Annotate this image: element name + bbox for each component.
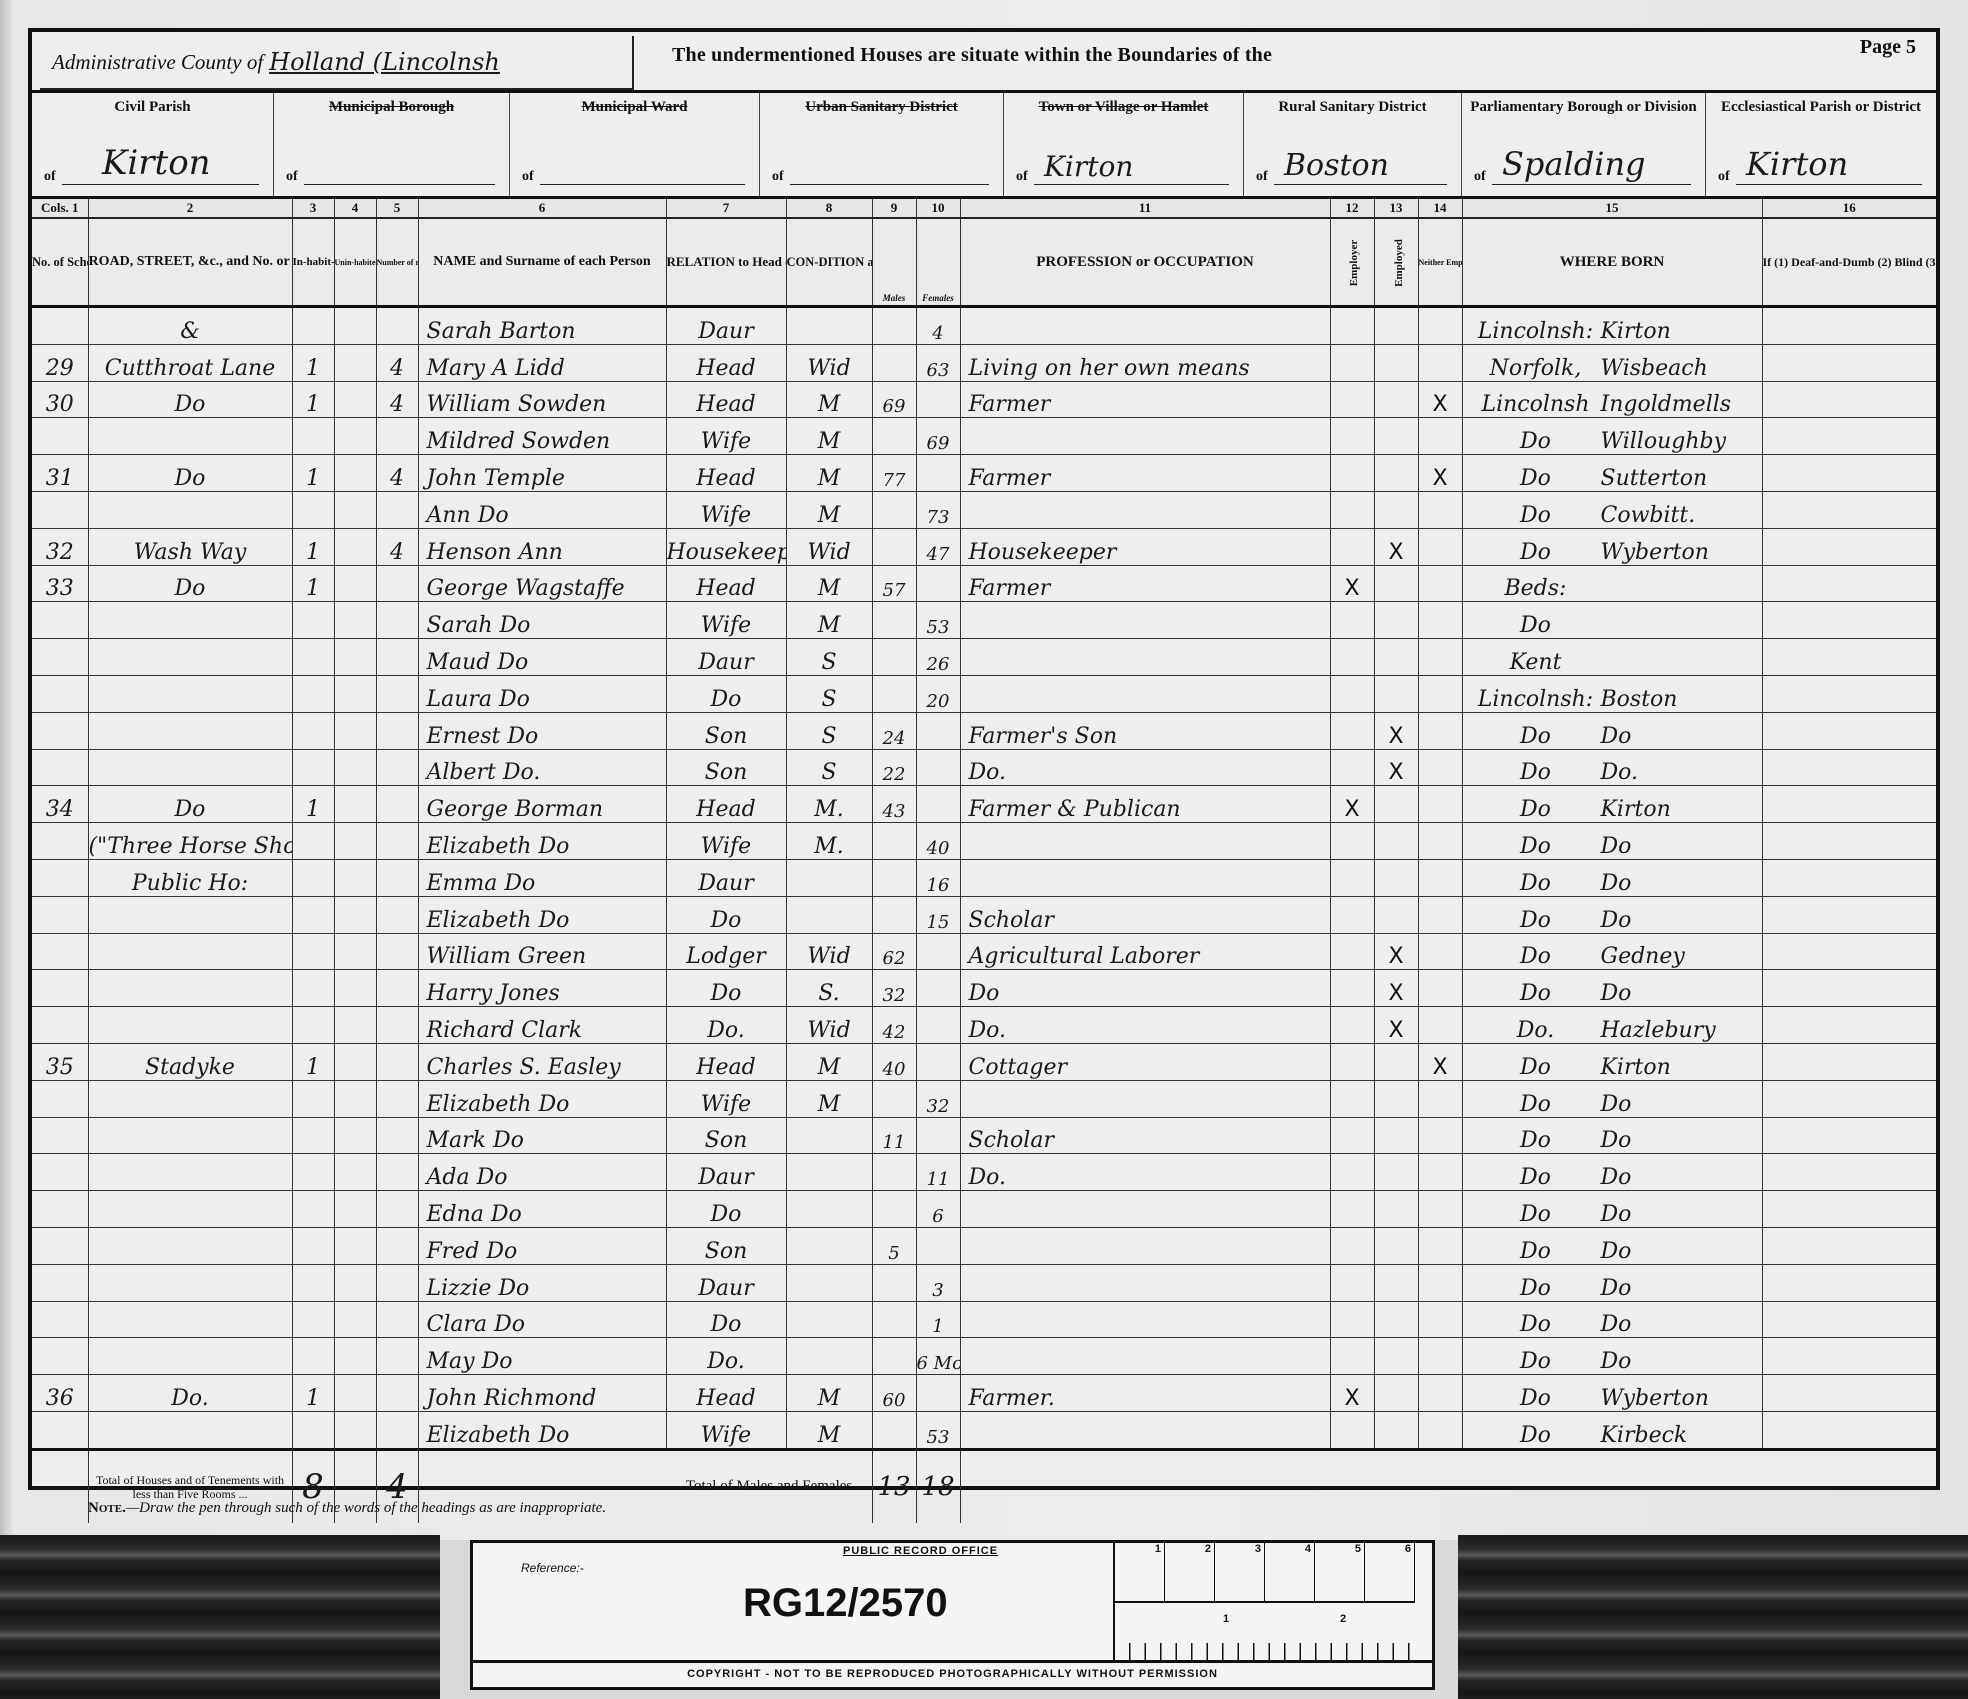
rooms-cell: [376, 1043, 418, 1080]
relation-cell: Son: [666, 1227, 786, 1264]
table-row: Albert Do.SonS22Do.XDoDo.: [32, 749, 1936, 786]
rooms-cell: [376, 933, 418, 970]
header-schedule: No. of Schedule: [32, 218, 88, 307]
reference-code: RG12/2570: [743, 1581, 948, 1626]
scale-ruler: 1 2 3 4 5 6 1 2: [1113, 1543, 1415, 1663]
ruler-tick: 3: [1215, 1543, 1265, 1601]
born-place: Gedney: [1601, 944, 1685, 969]
female-age-cell: 53: [916, 1411, 960, 1449]
employer-cell: X: [1330, 786, 1374, 823]
schedule-cell: [32, 1154, 88, 1191]
employed-cell: [1374, 381, 1418, 418]
name-cell: William Green: [418, 933, 666, 970]
where-born-cell: Lincolnsh:Boston: [1462, 675, 1762, 712]
occupation-cell: Living on her own means: [960, 344, 1330, 381]
rooms-cell: [376, 565, 418, 602]
where-born-cell: DoDo: [1462, 896, 1762, 933]
col-number: 7: [666, 199, 786, 218]
occupation-cell: [960, 1264, 1330, 1301]
rooms-cell: [376, 675, 418, 712]
district-municipal-ward: Municipal Ward of: [510, 93, 760, 199]
road-cell: Wash Way: [88, 528, 292, 565]
male-age-cell: 24: [872, 712, 916, 749]
neither-cell: [1418, 1117, 1462, 1154]
header-condition: CON-DITION as to Marriage: [786, 218, 872, 307]
born-county: Norfolk,: [1471, 356, 1601, 381]
female-age-cell: [916, 1117, 960, 1154]
male-age-cell: 40: [872, 1043, 916, 1080]
employer-cell: [1330, 1191, 1374, 1228]
inhabited-cell: 1: [292, 344, 334, 381]
employed-cell: [1374, 602, 1418, 639]
employer-cell: [1330, 1411, 1374, 1449]
relation-cell: Son: [666, 1117, 786, 1154]
born-place: Do: [1601, 981, 1632, 1006]
uninhabited-cell: [334, 344, 376, 381]
female-age-cell: 26: [916, 639, 960, 676]
header-inhabited: In-habit-ed: [292, 218, 334, 307]
employer-cell: [1330, 455, 1374, 492]
name-cell: Elizabeth Do: [418, 1411, 666, 1449]
uninhabited-cell: [334, 1301, 376, 1338]
census-table: Cols. 1 2 3 4 5 6 7 8 9 10 11 12 13 14: [32, 196, 1936, 1523]
born-place: Do: [1601, 1312, 1632, 1337]
header-neither: Neither Employer nor Employed: [1418, 218, 1462, 307]
occupation-cell: Do.: [960, 1007, 1330, 1044]
employer-cell: [1330, 823, 1374, 860]
inhabited-cell: [292, 970, 334, 1007]
infirmity-cell: [1762, 455, 1936, 492]
fill-line: [304, 184, 495, 185]
table-row: Maud DoDaurS26Kent: [32, 639, 1936, 676]
district-label: Municipal Ward: [510, 99, 759, 115]
infirmity-cell: [1762, 1117, 1936, 1154]
occupation-cell: Cottager: [960, 1043, 1330, 1080]
male-age-cell: 60: [872, 1375, 916, 1412]
road-cell: [88, 933, 292, 970]
born-place: Willoughby: [1601, 429, 1727, 454]
rooms-cell: [376, 1375, 418, 1412]
header-occupation: PROFESSION or OCCUPATION: [960, 218, 1330, 307]
schedule-cell: [32, 1191, 88, 1228]
infirmity-cell: [1762, 933, 1936, 970]
district-label: Town or Village or Hamlet: [1004, 99, 1243, 115]
female-age-cell: [916, 970, 960, 1007]
schedule-cell: [32, 712, 88, 749]
totals-filler: [960, 1449, 1936, 1523]
employer-cell: [1330, 1043, 1374, 1080]
name-cell: Elizabeth Do: [418, 1080, 666, 1117]
born-county: Do: [1471, 1312, 1601, 1337]
condition-cell: [786, 1227, 872, 1264]
employed-cell: [1374, 1080, 1418, 1117]
where-born-cell: DoDo: [1462, 1301, 1762, 1338]
where-born-cell: DoDo: [1462, 1117, 1762, 1154]
male-age-cell: 32: [872, 970, 916, 1007]
road-cell: [88, 1338, 292, 1375]
infirmity-cell: [1762, 1191, 1936, 1228]
rooms-cell: [376, 418, 418, 455]
road-cell: [88, 712, 292, 749]
occupation-cell: [960, 602, 1330, 639]
road-cell: [88, 896, 292, 933]
born-county: Lincolnsh: [1471, 392, 1601, 417]
name-cell: Elizabeth Do: [418, 896, 666, 933]
name-cell: Ada Do: [418, 1154, 666, 1191]
table-row: Richard ClarkDo.Wid42Do.XDo.Hazlebury: [32, 1007, 1936, 1044]
where-born-cell: DoWyberton: [1462, 528, 1762, 565]
born-place: Cowbitt.: [1601, 503, 1696, 528]
name-cell: Lizzie Do: [418, 1264, 666, 1301]
condition-cell: [786, 1154, 872, 1191]
col-number: 2: [88, 199, 292, 218]
of-label: of: [772, 169, 784, 185]
infirmity-cell: [1762, 786, 1936, 823]
name-cell: Emma Do: [418, 859, 666, 896]
table-row: 29Cutthroat Lane14Mary A LiddHeadWid63Li…: [32, 344, 1936, 381]
road-cell: [88, 1264, 292, 1301]
female-age-cell: [916, 933, 960, 970]
schedule-cell: [32, 1301, 88, 1338]
rooms-cell: [376, 307, 418, 345]
condition-cell: Wid: [786, 528, 872, 565]
neither-cell: [1418, 933, 1462, 970]
name-cell: Maud Do: [418, 639, 666, 676]
col-number: 9: [872, 199, 916, 218]
uninhabited-cell: [334, 1007, 376, 1044]
female-age-cell: 69: [916, 418, 960, 455]
neither-cell: [1418, 675, 1462, 712]
condition-cell: [786, 896, 872, 933]
where-born-cell: DoDo: [1462, 1264, 1762, 1301]
inhabited-cell: [292, 1117, 334, 1154]
neither-cell: X: [1418, 455, 1462, 492]
uninhabited-cell: [334, 1411, 376, 1449]
male-age-cell: 11: [872, 1117, 916, 1154]
relation-cell: Wife: [666, 491, 786, 528]
employer-cell: [1330, 381, 1374, 418]
road-cell: [88, 491, 292, 528]
rooms-cell: [376, 1338, 418, 1375]
name-cell: Elizabeth Do: [418, 823, 666, 860]
rooms-cell: [376, 896, 418, 933]
male-age-cell: [872, 1338, 916, 1375]
condition-cell: M: [786, 1411, 872, 1449]
infirmity-cell: [1762, 823, 1936, 860]
employer-cell: [1330, 1227, 1374, 1264]
occupation-cell: Agricultural Laborer: [960, 933, 1330, 970]
schedule-cell: [32, 418, 88, 455]
male-age-cell: [872, 859, 916, 896]
ruler-tick: 2: [1165, 1543, 1215, 1601]
uninhabited-cell: [334, 455, 376, 492]
infirmity-cell: [1762, 749, 1936, 786]
male-age-cell: [872, 1080, 916, 1117]
name-cell: Edna Do: [418, 1191, 666, 1228]
infirmity-cell: [1762, 712, 1936, 749]
rooms-cell: 4: [376, 455, 418, 492]
occupation-cell: Farmer: [960, 455, 1330, 492]
occupation-cell: Farmer & Publican: [960, 786, 1330, 823]
neither-cell: [1418, 1375, 1462, 1412]
table-row: Elizabeth DoWifeM53DoKirbeck: [32, 1411, 1936, 1449]
col-number: 8: [786, 199, 872, 218]
road-cell: [88, 749, 292, 786]
uninhabited-cell: [334, 823, 376, 860]
where-born-cell: DoDo: [1462, 1227, 1762, 1264]
male-age-cell: [872, 675, 916, 712]
born-county: Beds:: [1471, 576, 1601, 601]
uninhabited-cell: [334, 749, 376, 786]
born-county: Do: [1471, 613, 1601, 638]
inhabited-cell: [292, 896, 334, 933]
born-place: Do: [1601, 1239, 1632, 1264]
infirmity-cell: [1762, 1264, 1936, 1301]
relation-cell: Daur: [666, 639, 786, 676]
district-parliamentary: Parliamentary Borough or Division of Spa…: [1462, 93, 1706, 199]
district-value: Boston: [1284, 148, 1389, 183]
relation-cell: Do: [666, 970, 786, 1007]
employed-cell: X: [1374, 749, 1418, 786]
born-place: Kirton: [1601, 319, 1671, 344]
born-place: Ingoldmells: [1601, 392, 1732, 417]
district-town-village: Town or Village or Hamlet of Kirton: [1004, 93, 1244, 199]
where-born-cell: Lincolnsh:Kirton: [1462, 307, 1762, 345]
uninhabited-cell: [334, 1154, 376, 1191]
footnote: Note.—Draw the pen through such of the w…: [88, 1500, 606, 1517]
road-cell: [88, 970, 292, 1007]
rooms-cell: [376, 1007, 418, 1044]
name-cell: May Do: [418, 1338, 666, 1375]
totals-blank: [32, 1449, 88, 1523]
where-born-cell: DoKirton: [1462, 1043, 1762, 1080]
where-born-cell: Norfolk,Wisbeach: [1462, 344, 1762, 381]
table-row: 36Do.1John RichmondHeadM60Farmer.XDoWybe…: [32, 1375, 1936, 1412]
fill-line: [1492, 184, 1691, 185]
condition-cell: [786, 1264, 872, 1301]
schedule-cell: [32, 823, 88, 860]
uninhabited-cell: [334, 970, 376, 1007]
road-cell: [88, 1301, 292, 1338]
relation-cell: Daur: [666, 859, 786, 896]
table-row: Ann DoWifeM73DoCowbitt.: [32, 491, 1936, 528]
rooms-cell: [376, 491, 418, 528]
district-label: Rural Sanitary District: [1244, 99, 1461, 115]
inhabited-cell: [292, 933, 334, 970]
inhabited-cell: [292, 1338, 334, 1375]
employed-cell: [1374, 823, 1418, 860]
neither-cell: [1418, 1154, 1462, 1191]
name-cell: Mildred Sowden: [418, 418, 666, 455]
inhabited-cell: 1: [292, 565, 334, 602]
neither-cell: [1418, 565, 1462, 602]
of-label: of: [286, 169, 298, 185]
district-label: Urban Sanitary District: [760, 99, 1003, 115]
table-row: 32Wash Way14Henson AnnHousekeeperWid47Ho…: [32, 528, 1936, 565]
female-age-cell: 4: [916, 307, 960, 345]
copyright-notice: COPYRIGHT - NOT TO BE REPRODUCED PHOTOGR…: [473, 1660, 1432, 1687]
where-born-cell: DoDo: [1462, 1338, 1762, 1375]
neither-cell: [1418, 528, 1462, 565]
header-uninhabited: Unin-habited (U.) or Building (B.): [334, 218, 376, 307]
table-row: &Sarah BartonDaur4Lincolnsh:Kirton: [32, 307, 1936, 345]
employed-cell: [1374, 786, 1418, 823]
infirmity-cell: [1762, 859, 1936, 896]
born-place: Wyberton: [1601, 540, 1709, 565]
male-age-cell: [872, 491, 916, 528]
born-county: Do: [1471, 1349, 1601, 1374]
born-place: Wyberton: [1601, 1386, 1709, 1411]
condition-cell: Wid: [786, 1007, 872, 1044]
occupation-cell: [960, 1411, 1330, 1449]
inhabited-cell: 1: [292, 381, 334, 418]
where-born-cell: DoDo: [1462, 1154, 1762, 1191]
occupation-cell: Housekeeper: [960, 528, 1330, 565]
employer-cell: [1330, 1301, 1374, 1338]
schedule-cell: 30: [32, 381, 88, 418]
ruler-top-scale: 1 2 3 4 5 6: [1115, 1543, 1415, 1603]
male-age-cell: [872, 528, 916, 565]
schedule-cell: [32, 639, 88, 676]
uninhabited-cell: [334, 933, 376, 970]
neither-cell: [1418, 307, 1462, 345]
rooms-cell: [376, 602, 418, 639]
infirmity-cell: [1762, 1080, 1936, 1117]
uninhabited-cell: [334, 1191, 376, 1228]
inhabited-cell: [292, 1301, 334, 1338]
neither-cell: [1418, 712, 1462, 749]
road-cell: Do: [88, 786, 292, 823]
employed-cell: [1374, 639, 1418, 676]
male-age-cell: [872, 1264, 916, 1301]
employer-cell: [1330, 307, 1374, 345]
born-county: Do: [1471, 1092, 1601, 1117]
inhabited-cell: [292, 639, 334, 676]
neither-cell: [1418, 1080, 1462, 1117]
occupation-cell: Do: [960, 970, 1330, 1007]
table-row: William GreenLodgerWid62Agricultural Lab…: [32, 933, 1936, 970]
condition-cell: [786, 1338, 872, 1375]
female-age-cell: 47: [916, 528, 960, 565]
neither-cell: [1418, 1301, 1462, 1338]
rooms-cell: [376, 823, 418, 860]
inhabited-cell: [292, 418, 334, 455]
column-numbers-row: Cols. 1 2 3 4 5 6 7 8 9 10 11 12 13 14: [32, 199, 1936, 218]
born-place: Do: [1601, 724, 1632, 749]
born-county: Lincolnsh:: [1471, 319, 1601, 344]
born-place: Do: [1601, 1092, 1632, 1117]
born-county: Do: [1471, 1386, 1601, 1411]
condition-cell: M: [786, 565, 872, 602]
header-rooms: Number of rooms occupied if less than fi…: [376, 218, 418, 307]
employer-cell: [1330, 418, 1374, 455]
infirmity-cell: [1762, 1043, 1936, 1080]
condition-cell: S: [786, 712, 872, 749]
born-county: Do: [1471, 908, 1601, 933]
col-number: 3: [292, 199, 334, 218]
condition-cell: [786, 307, 872, 345]
rooms-cell: [376, 786, 418, 823]
female-age-cell: [916, 1375, 960, 1412]
uninhabited-cell: [334, 859, 376, 896]
born-county: Do.: [1471, 1018, 1601, 1043]
district-civil-parish: Civil Parish of Kirton: [32, 93, 274, 199]
condition-cell: M: [786, 1080, 872, 1117]
table-row: Laura DoDoS20Lincolnsh:Boston: [32, 675, 1936, 712]
inhabited-cell: [292, 823, 334, 860]
relation-cell: Head: [666, 381, 786, 418]
relation-cell: Do.: [666, 1338, 786, 1375]
reference-card: PUBLIC RECORD OFFICE Reference:- RG12/25…: [470, 1540, 1435, 1690]
condition-cell: M: [786, 1375, 872, 1412]
employer-cell: [1330, 1264, 1374, 1301]
table-row: 34Do1George BormanHeadM.43Farmer & Publi…: [32, 786, 1936, 823]
name-cell: Fred Do: [418, 1227, 666, 1264]
occupation-cell: [960, 1338, 1330, 1375]
schedule-cell: 34: [32, 786, 88, 823]
name-cell: John Temple: [418, 455, 666, 492]
employer-cell: [1330, 675, 1374, 712]
schedule-cell: [32, 970, 88, 1007]
born-place: Boston: [1601, 687, 1678, 712]
district-label: Civil Parish: [32, 99, 273, 115]
inhabited-cell: 1: [292, 1043, 334, 1080]
name-cell: Charles S. Easley: [418, 1043, 666, 1080]
road-cell: [88, 1191, 292, 1228]
relation-cell: Wife: [666, 418, 786, 455]
infirmity-cell: [1762, 1154, 1936, 1191]
reference-label: Reference:-: [521, 1561, 584, 1575]
female-age-cell: [916, 1227, 960, 1264]
schedule-cell: [32, 1007, 88, 1044]
rooms-cell: [376, 1080, 418, 1117]
schedule-cell: [32, 1227, 88, 1264]
where-born-cell: DoWyberton: [1462, 1375, 1762, 1412]
infirmity-cell: [1762, 639, 1936, 676]
employed-cell: [1374, 1117, 1418, 1154]
road-cell: Do: [88, 565, 292, 602]
road-cell: Do.: [88, 1375, 292, 1412]
where-born-cell: Kent: [1462, 639, 1762, 676]
born-place: Do: [1601, 1349, 1632, 1374]
neither-cell: [1418, 896, 1462, 933]
infirmity-cell: [1762, 381, 1936, 418]
born-county: Do: [1471, 1423, 1601, 1448]
table-row: 30Do14William SowdenHeadM69FarmerXLincol…: [32, 381, 1936, 418]
uninhabited-cell: [334, 1043, 376, 1080]
header-road: ROAD, STREET, &c., and No. or NAME of HO…: [88, 218, 292, 307]
condition-cell: M: [786, 418, 872, 455]
road-cell: Do: [88, 455, 292, 492]
neither-cell: [1418, 418, 1462, 455]
born-county: Do: [1471, 1055, 1601, 1080]
rooms-cell: [376, 749, 418, 786]
col-number: 12: [1330, 199, 1374, 218]
col-number: 15: [1462, 199, 1762, 218]
condition-cell: M: [786, 491, 872, 528]
rooms-cell: [376, 712, 418, 749]
rooms-cell: [376, 1154, 418, 1191]
district-value: Kirton: [1746, 145, 1848, 183]
rooms-cell: [376, 639, 418, 676]
where-born-cell: DoWilloughby: [1462, 418, 1762, 455]
employer-cell: [1330, 712, 1374, 749]
schedule-cell: 32: [32, 528, 88, 565]
uninhabited-cell: [334, 381, 376, 418]
inhabited-cell: [292, 1411, 334, 1449]
neither-cell: [1418, 1264, 1462, 1301]
infirmity-cell: [1762, 1411, 1936, 1449]
